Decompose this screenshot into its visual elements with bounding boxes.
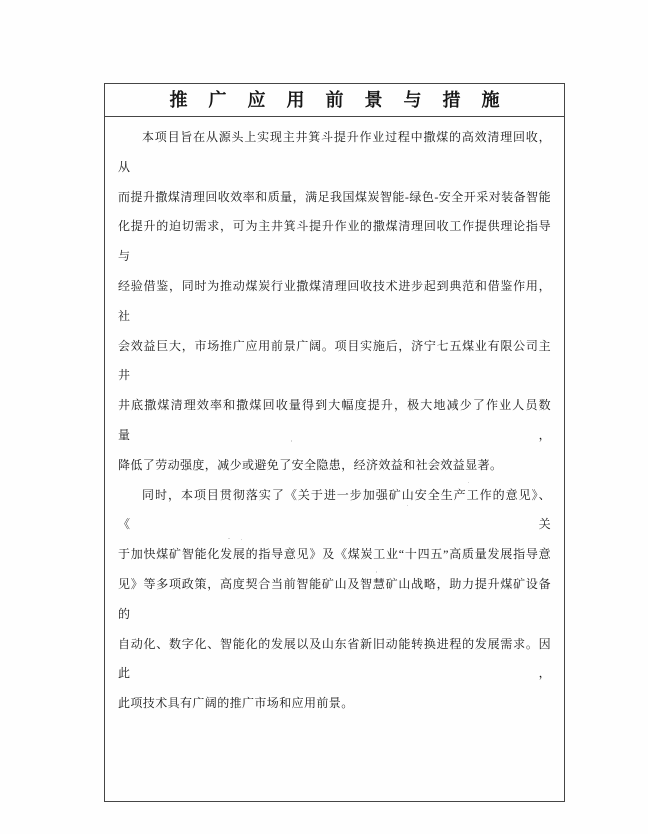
text-line: 于加快煤矿智能化发展的指导意见》及《煤炭工业“十四五”高质量发展指导意 — [118, 540, 551, 570]
document-border-frame: 推广应用前景与措施 本项目旨在从源头上实现主井箕斗提升作业过程中撒煤的高效清理回… — [104, 83, 565, 802]
text-line: 见》等多项政策，高度契合当前智能矿山及智慧矿山战略，助力提升煤矿设备的 — [118, 570, 551, 630]
page-title: 推广应用前景与措施 — [149, 85, 521, 116]
scan-speckle — [212, 492, 214, 494]
text-line: 化提升的迫切需求，可为主井箕斗提升作业的撒煤清理回收工作提供理论指导与 — [118, 212, 551, 272]
scan-speckle — [468, 482, 469, 483]
document-title-row: 推广应用前景与措施 — [105, 84, 564, 117]
scan-speckle — [291, 440, 292, 442]
scan-speckle — [185, 468, 187, 471]
text-line: 降低了劳动强度，减少或避免了安全隐患，经济效益和社会效益显著。 — [118, 451, 551, 481]
scan-speckle — [195, 469, 198, 471]
scanned-document-page: 推广应用前景与措施 本项目旨在从源头上实现主井箕斗提升作业过程中撒煤的高效清理回… — [0, 0, 648, 834]
text-line: 自动化、数字化、智能化的发展以及山东省新旧动能转换进程的发展需求。因此， — [118, 630, 551, 690]
scan-speckle — [228, 538, 230, 539]
text-line: 此项技术具有广阔的推广市场和应用前景。 — [118, 689, 551, 719]
text-line: 本项目旨在从源头上实现主井箕斗提升作业过程中撒煤的高效清理回收，从 — [118, 123, 551, 183]
text-line: 同时，本项目贯彻落实了《关于进一步加强矿山安全生产工作的意见》、《关 — [118, 481, 551, 541]
scan-speckle — [376, 571, 377, 573]
text-line: 而提升撒煤清理回收效率和质量，满足我国煤炭智能-绿色-安全开采对装备智能 — [118, 183, 551, 213]
scan-speckle — [193, 465, 195, 467]
scan-speckle — [407, 505, 408, 506]
text-line: 经验借鉴，同时为推动煤炭行业撒煤清理回收技术进步起到典范和借鉴作用，社 — [118, 272, 551, 332]
document-body-text: 本项目旨在从源头上实现主井箕斗提升作业过程中撒煤的高效清理回收，从而提升撒煤清理… — [105, 117, 564, 719]
text-line: 会效益巨大，市场推广应用前景广阔。项目实施后，济宁七五煤业有限公司主井 — [118, 332, 551, 392]
scan-speckle — [241, 539, 242, 540]
text-line: 井底撒煤清理效率和撒煤回收量得到大幅度提升，极大地减少了作业人员数量， — [118, 391, 551, 451]
